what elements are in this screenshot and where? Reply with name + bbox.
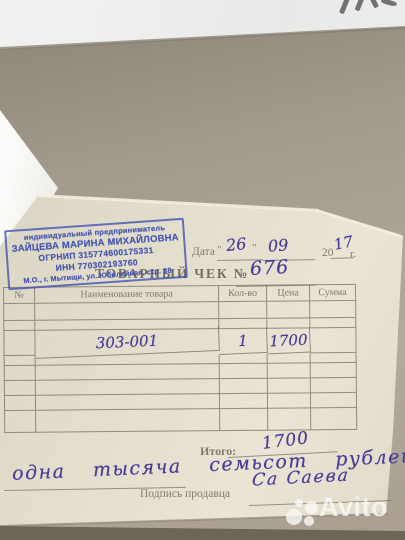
check-number-handwritten: 676 <box>250 258 290 279</box>
item-price-handwritten: 1700 <box>267 328 311 355</box>
date-label: Дата <box>192 246 215 258</box>
table-cell <box>268 363 311 378</box>
avito-watermark-text: Avito <box>319 492 388 523</box>
table-cell <box>268 393 311 408</box>
date-day-handwritten: 26 <box>225 236 247 254</box>
table-cell <box>267 301 310 318</box>
table-cell <box>5 411 36 433</box>
table-cell <box>220 394 268 409</box>
table-cell <box>4 304 35 321</box>
table-cell <box>219 302 267 319</box>
col-header-qty: Кол-во <box>219 286 267 302</box>
table-cell <box>36 394 220 411</box>
table-cell <box>268 408 311 430</box>
table-cell <box>311 408 357 430</box>
table-cell <box>268 353 311 363</box>
table-cell <box>268 378 311 393</box>
date-quote-open: " <box>217 244 222 256</box>
table-cell <box>310 328 356 353</box>
date-month-handwritten: 09 <box>267 237 288 254</box>
table-cell <box>311 353 357 363</box>
table-cell <box>220 379 268 394</box>
receipt-photo: Дата " 26 " 09 20 17 г. ТОВАРНЫЙ ЧЕК № 6… <box>0 0 405 540</box>
table-cell <box>5 366 36 381</box>
table-cell <box>311 393 357 408</box>
table-cell <box>36 409 220 433</box>
date-quote-close: " <box>252 242 257 254</box>
table-cell <box>5 381 36 396</box>
col-header-item-name: Наименование товара <box>35 286 219 304</box>
table-cell <box>5 356 36 366</box>
table-cell <box>311 378 357 393</box>
table-cell <box>4 331 35 356</box>
table-cell <box>310 318 356 328</box>
table-cell <box>36 364 220 381</box>
stamp: индивидуальный предприниматель ЗАЙЦЕВА М… <box>4 218 188 290</box>
table-cell <box>36 379 220 396</box>
table-cell <box>310 301 356 318</box>
col-header-sum: Сумма <box>310 285 356 301</box>
table-cell <box>35 302 219 321</box>
seller-signature-label: Подпись продавца <box>140 488 230 500</box>
item-qty-handwritten: 1 <box>219 328 268 355</box>
table-cell <box>220 364 268 379</box>
table-cell <box>5 396 36 411</box>
col-header-number: № <box>4 288 35 304</box>
table-cell <box>4 321 35 331</box>
col-header-price: Цена <box>267 285 310 301</box>
table-cell <box>220 354 268 364</box>
items-table: № Наименование товара Кол-во Цена Сумма … <box>3 284 357 433</box>
table-cell <box>220 409 268 431</box>
table-cell <box>311 363 357 378</box>
